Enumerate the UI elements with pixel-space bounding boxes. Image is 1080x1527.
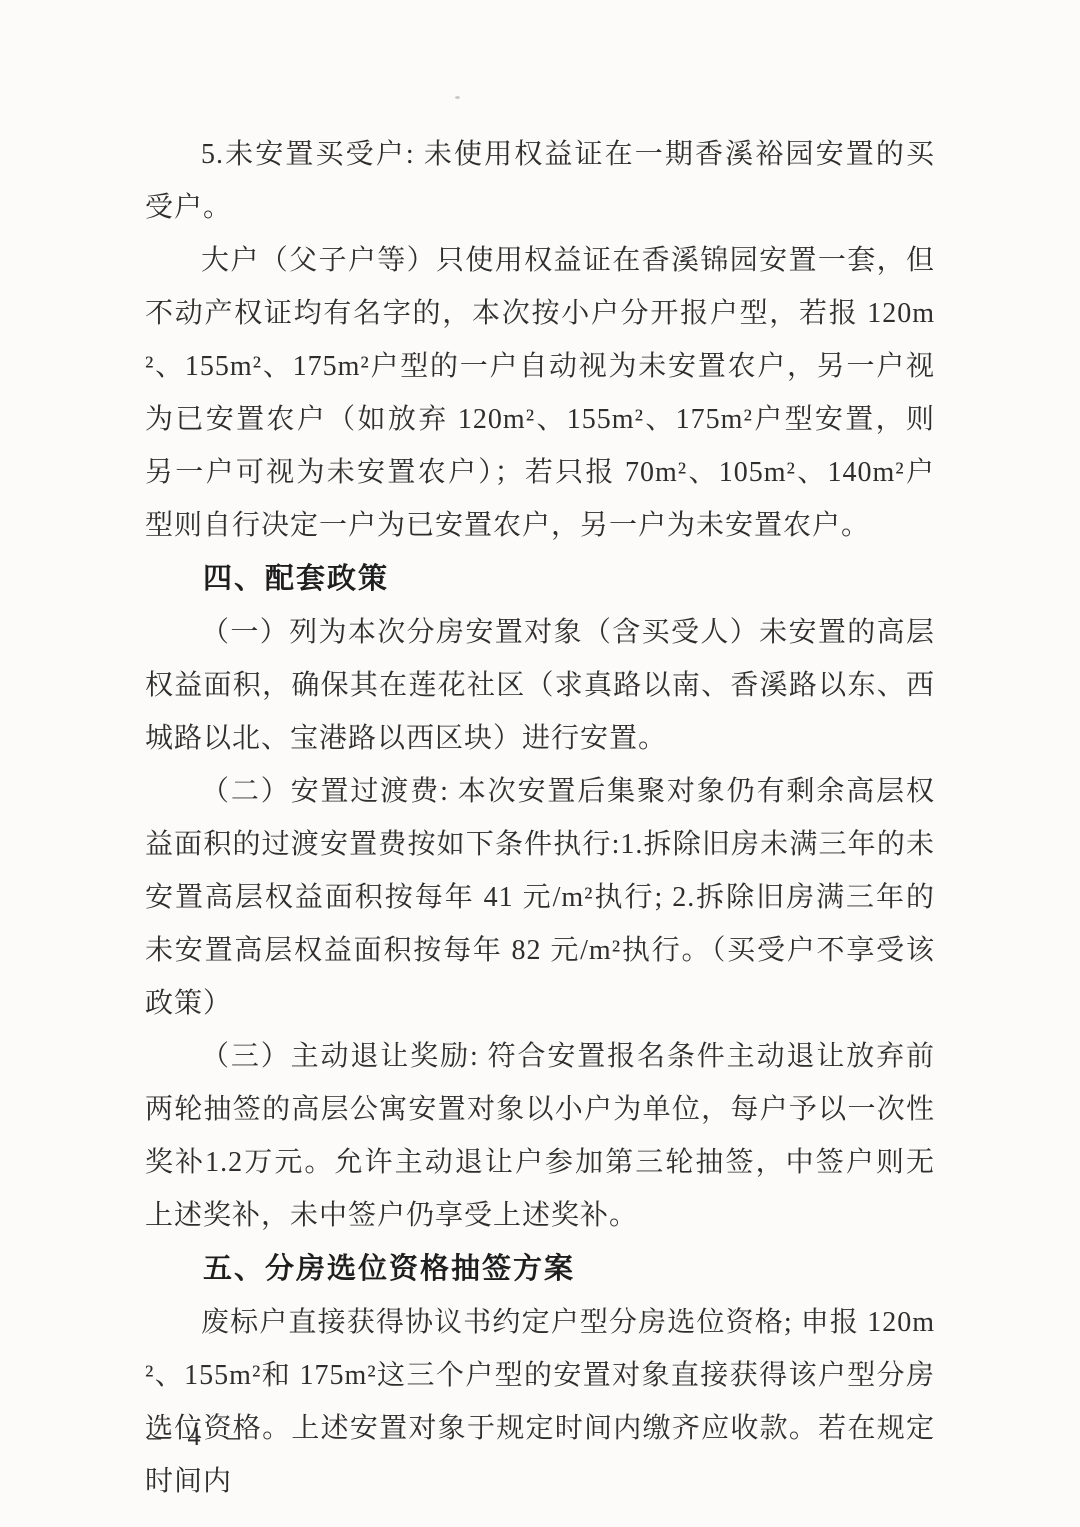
paragraph: 废标户直接获得协议书约定户型分房选位资格; 申报 120m²、155m²和 17… (145, 1296, 935, 1508)
paragraph: 大户（父子户等）只使用权益证在香溪锦园安置一套，但不动产权证均有名字的，本次按小… (145, 234, 935, 552)
section-heading: 五、分房选位资格抽签方案 (145, 1242, 935, 1296)
document-page: 5.未安置买受户: 未使用权益证在一期香溪裕园安置的买受户。 大户（父子户等）只… (0, 0, 1080, 1527)
paragraph: （二）安置过渡费: 本次安置后集聚对象仍有剩余高层权益面积的过渡安置费按如下条件… (145, 765, 935, 1030)
section-heading: 四、配套政策 (145, 552, 935, 606)
paragraph: （三）主动退让奖励: 符合安置报名条件主动退让放弃前两轮抽签的高层公寓安置对象以… (145, 1030, 935, 1242)
paragraph: 5.未安置买受户: 未使用权益证在一期香溪裕园安置的买受户。 (145, 128, 935, 234)
document-body: 5.未安置买受户: 未使用权益证在一期香溪裕园安置的买受户。 大户（父子户等）只… (145, 128, 935, 1508)
paragraph: （一）列为本次分房安置对象（含买受人）未安置的高层权益面积，确保其在莲花社区（求… (145, 606, 935, 765)
page-number: – 4 – (148, 1422, 250, 1452)
scan-artifact (455, 96, 460, 99)
